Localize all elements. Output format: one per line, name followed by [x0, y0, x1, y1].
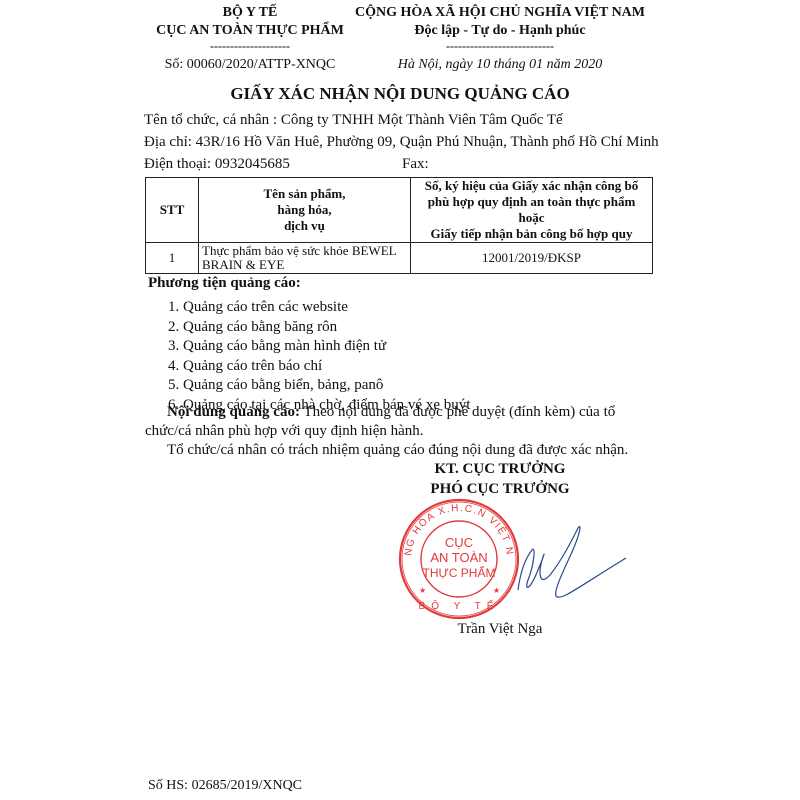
stamp-center-line: CỤC: [445, 535, 473, 550]
signer-name: Trần Việt Nga: [380, 621, 620, 638]
stamp-center-line: AN TOÀN: [430, 550, 487, 565]
signature-title: KT. CỤC TRƯỞNG: [380, 461, 620, 478]
stamp-star-icon: ★: [493, 586, 500, 595]
media-section-title: Phương tiện quảng cáo:: [148, 275, 301, 292]
place-date: Hà Nội, ngày 10 tháng 01 năm 2020: [350, 56, 650, 74]
nation-name: CỘNG HÒA XÃ HỘI CHỦ NGHĨA VIỆT NAM: [350, 4, 650, 22]
media-list: 1. Quảng cáo trên các website 2. Quảng c…: [168, 298, 470, 415]
organization-address: Địa chỉ: 43R/16 Hồ Văn Huê, Phường 09, Q…: [144, 134, 659, 151]
product-table: STT Tên sản phẩm, hàng hóa, dịch vụ Số, …: [145, 177, 653, 274]
list-item: 5. Quảng cáo bằng biển, bảng, panô: [168, 376, 470, 396]
header-product-name: Tên sản phẩm, hàng hóa, dịch vụ: [199, 178, 411, 243]
document-number: Số: 00060/2020/ATTP-XNQC: [140, 56, 360, 74]
department-name: CỤC AN TOÀN THỰC PHẨM: [140, 22, 360, 40]
organization-name: Tên tổ chức, cá nhân : Công ty TNHH Một …: [144, 112, 563, 129]
list-item: 3. Quảng cáo bằng màn hình điện tử: [168, 337, 470, 357]
stamp-center-line: THỰC PHẨM: [423, 565, 496, 580]
organization-phone: Điện thoại: 0932045685: [144, 156, 290, 173]
content-paragraph: Nội dung quảng cáo: Theo nội dung đã đượ…: [145, 403, 665, 441]
stamp-bottom-text: BỘ Y TẾ: [419, 599, 500, 612]
signature-subtitle: PHÓ CỤC TRƯỞNG: [380, 481, 620, 498]
file-number: Số HS: 02685/2019/XNQC: [148, 778, 302, 794]
national-motto: Độc lập - Tự do - Hạnh phúc: [350, 22, 650, 40]
header-certificate: Số, ký hiệu của Giấy xác nhận công bố ph…: [411, 178, 653, 243]
national-header: CỘNG HÒA XÃ HỘI CHỦ NGHĨA VIỆT NAM Độc l…: [350, 4, 650, 74]
list-item: 4. Quảng cáo trên báo chí: [168, 357, 470, 377]
ministry-name: BỘ Y TẾ: [140, 4, 360, 22]
header-divider: ---------------------------: [350, 40, 650, 52]
header-divider: --------------------: [140, 40, 360, 52]
list-item: 1. Quảng cáo trên các website: [168, 298, 470, 318]
document-title: GIẤY XÁC NHẬN NỘI DUNG QUẢNG CÁO: [140, 84, 660, 104]
organization-fax: Fax:: [402, 156, 429, 173]
stamp-star-icon: ★: [419, 586, 426, 595]
cell-certificate: 12001/2019/ĐKSP: [411, 243, 653, 274]
cell-stt: 1: [146, 243, 199, 274]
table-header-row: STT Tên sản phẩm, hàng hóa, dịch vụ Số, …: [146, 178, 653, 243]
responsibility-statement: Tổ chức/cá nhân có trách nhiệm quảng cáo…: [167, 441, 687, 460]
handwritten-signature: [510, 520, 630, 610]
list-item: 2. Quảng cáo bằng băng rôn: [168, 318, 470, 338]
header-stt: STT: [146, 178, 199, 243]
content-label: Nội dung quảng cáo:: [167, 404, 300, 420]
official-stamp: CỘNG HÒA X.H.C.N VIỆT NAM BỘ Y TẾ CỤC AN…: [397, 497, 521, 621]
issuer-header: BỘ Y TẾ CỤC AN TOÀN THỰC PHẨM ----------…: [140, 4, 360, 74]
cell-product-name: Thực phẩm bảo vệ sức khỏe BEWEL BRAIN & …: [199, 243, 411, 274]
table-row: 1 Thực phẩm bảo vệ sức khỏe BEWEL BRAIN …: [146, 243, 653, 274]
